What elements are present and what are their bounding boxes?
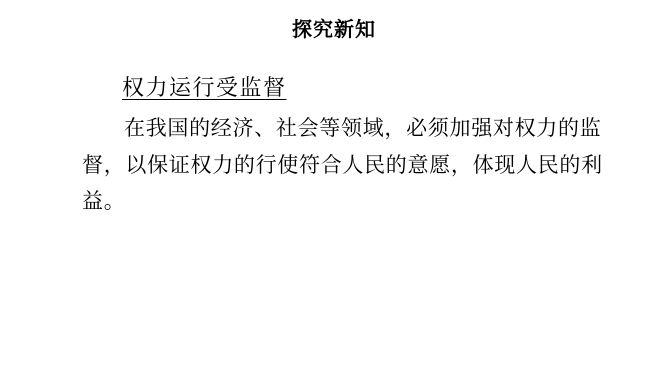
slide-title: 探究新知 [0, 16, 668, 44]
section-heading-text: 权力运行受监督 [122, 75, 287, 100]
presentation-slide: 探究新知 权力运行受监督 在我国的经济、社会等领域，必须加强对权力的监督，以保证… [0, 0, 668, 376]
body-paragraph: 在我国的经济、社会等领域，必须加强对权力的监督，以保证权力的行使符合人民的意愿，… [82, 110, 614, 220]
section-heading: 权力运行受监督 [82, 72, 614, 104]
slide-content: 权力运行受监督 在我国的经济、社会等领域，必须加强对权力的监督，以保证权力的行使… [82, 72, 614, 220]
